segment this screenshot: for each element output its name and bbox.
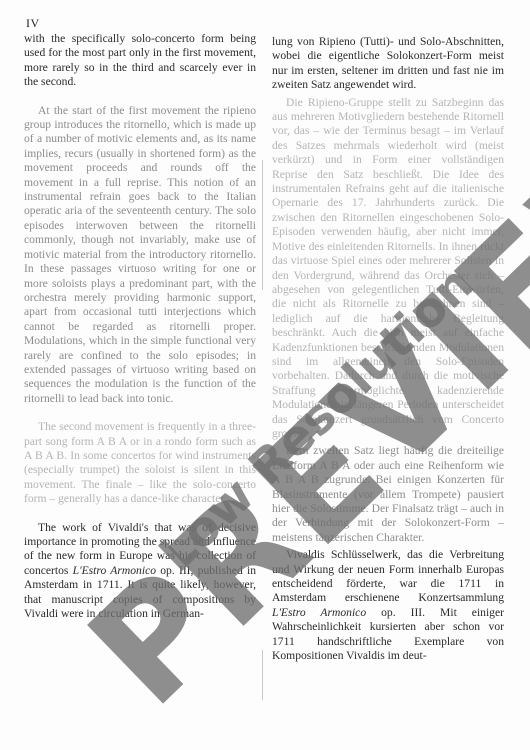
column-divider: [262, 650, 263, 700]
paragraph-schluesselwerk: Vivaldis Schlüsselwerk, das die Verbreit…: [272, 548, 504, 663]
page-number: IV: [26, 16, 40, 31]
paragraph-intro-continuation: with the specifically solo-concerto form…: [24, 32, 256, 90]
paragraph-intro-continuation-de: lung von Ripieno (Tutti)- und Solo-Absch…: [272, 35, 504, 93]
document-page: IV with the specifically solo-concerto f…: [0, 0, 530, 750]
english-text-column: with the specifically solo-concerto form…: [24, 32, 256, 621]
paragraph-text: Vivaldis Schlüsselwerk, das die Verbreit…: [272, 548, 504, 604]
paragraph-estro-armonico: The work of Vivaldi's that was of decisi…: [24, 521, 256, 622]
paragraph-second-movement: The second movement is frequently in a t…: [24, 420, 256, 506]
german-text-column: lung von Ripieno (Tutti)- und Solo-Absch…: [272, 35, 504, 663]
paragraph-ripieno-gruppe: Die Ripieno-Gruppe stellt zu Satzbeginn …: [272, 96, 504, 442]
column-divider: [262, 160, 263, 290]
work-title-italic: L'Estro Armonico: [272, 606, 366, 619]
paragraph-first-movement: At the start of the first movement the r…: [24, 104, 256, 407]
paragraph-zweiter-satz: Dem zweiten Satz liegt häufig die dreite…: [272, 444, 504, 545]
work-title-italic: L'Estro Armonico: [73, 564, 156, 577]
